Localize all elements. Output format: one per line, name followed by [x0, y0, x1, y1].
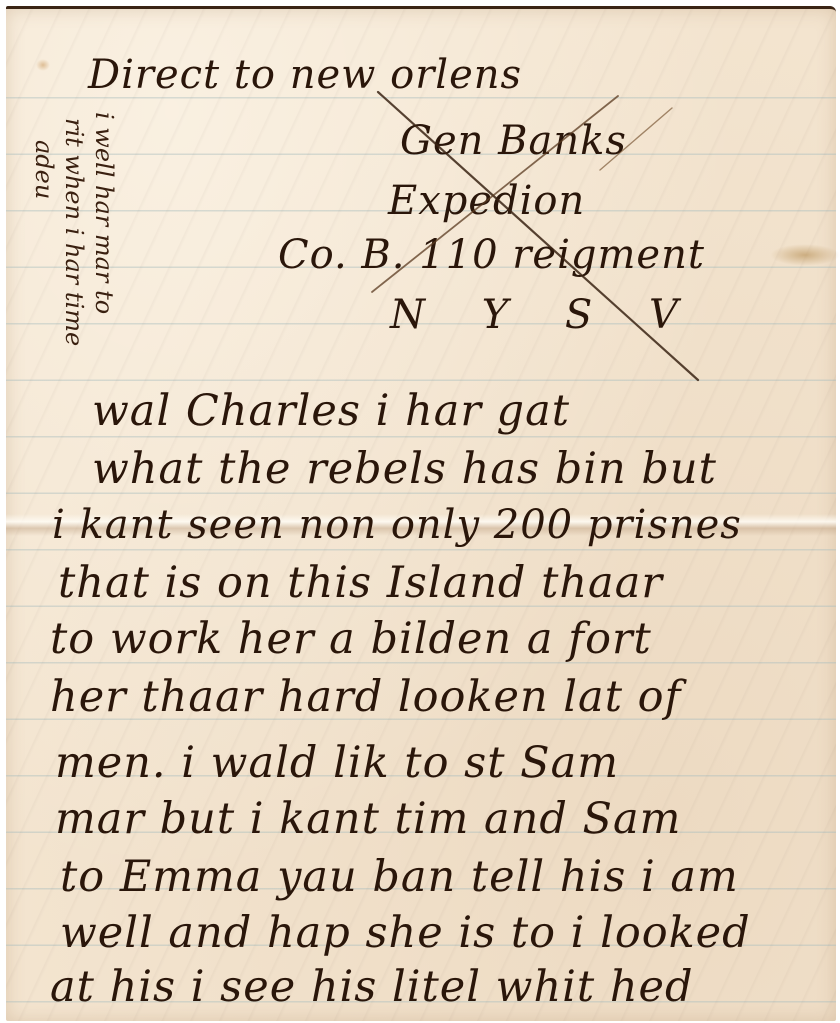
margin-note-line-3: adeu [30, 140, 58, 199]
stain-mark-small [36, 59, 50, 71]
body-line-9: to Emma yau ban tell his i am [60, 852, 739, 902]
body-line-10: well and hap she is to i looked [60, 908, 751, 958]
body-line-3: i kant seen non only 200 prisnes [52, 502, 742, 548]
address-line-expedition: Expedion [388, 178, 585, 224]
address-line-general: Gen Banks [400, 118, 627, 164]
body-line-8: mar but i kant tim and Sam [55, 794, 681, 844]
body-line-4: that is on this Island thaar [58, 558, 663, 608]
body-line-2: what the rebels has bin but [92, 444, 717, 494]
body-line-7: men. i wald lik to st Sam [55, 738, 619, 788]
body-line-11: at his i see his litel whit hed [50, 962, 694, 1012]
stain-mark [770, 244, 840, 266]
address-line-state: N Y S V [390, 292, 700, 338]
margin-note-line-1: i well har mar to [90, 112, 118, 314]
body-line-6: her thaar hard looken lat of [50, 672, 681, 722]
address-line-direct: Direct to new orlens [88, 52, 522, 98]
body-line-5: to work her a bilden a fort [50, 614, 652, 664]
body-line-1: wal Charles i har gat [92, 386, 570, 436]
margin-note-line-2: rit when i har time [60, 118, 88, 346]
address-line-company: Co. B. 110 reigment [278, 232, 705, 278]
